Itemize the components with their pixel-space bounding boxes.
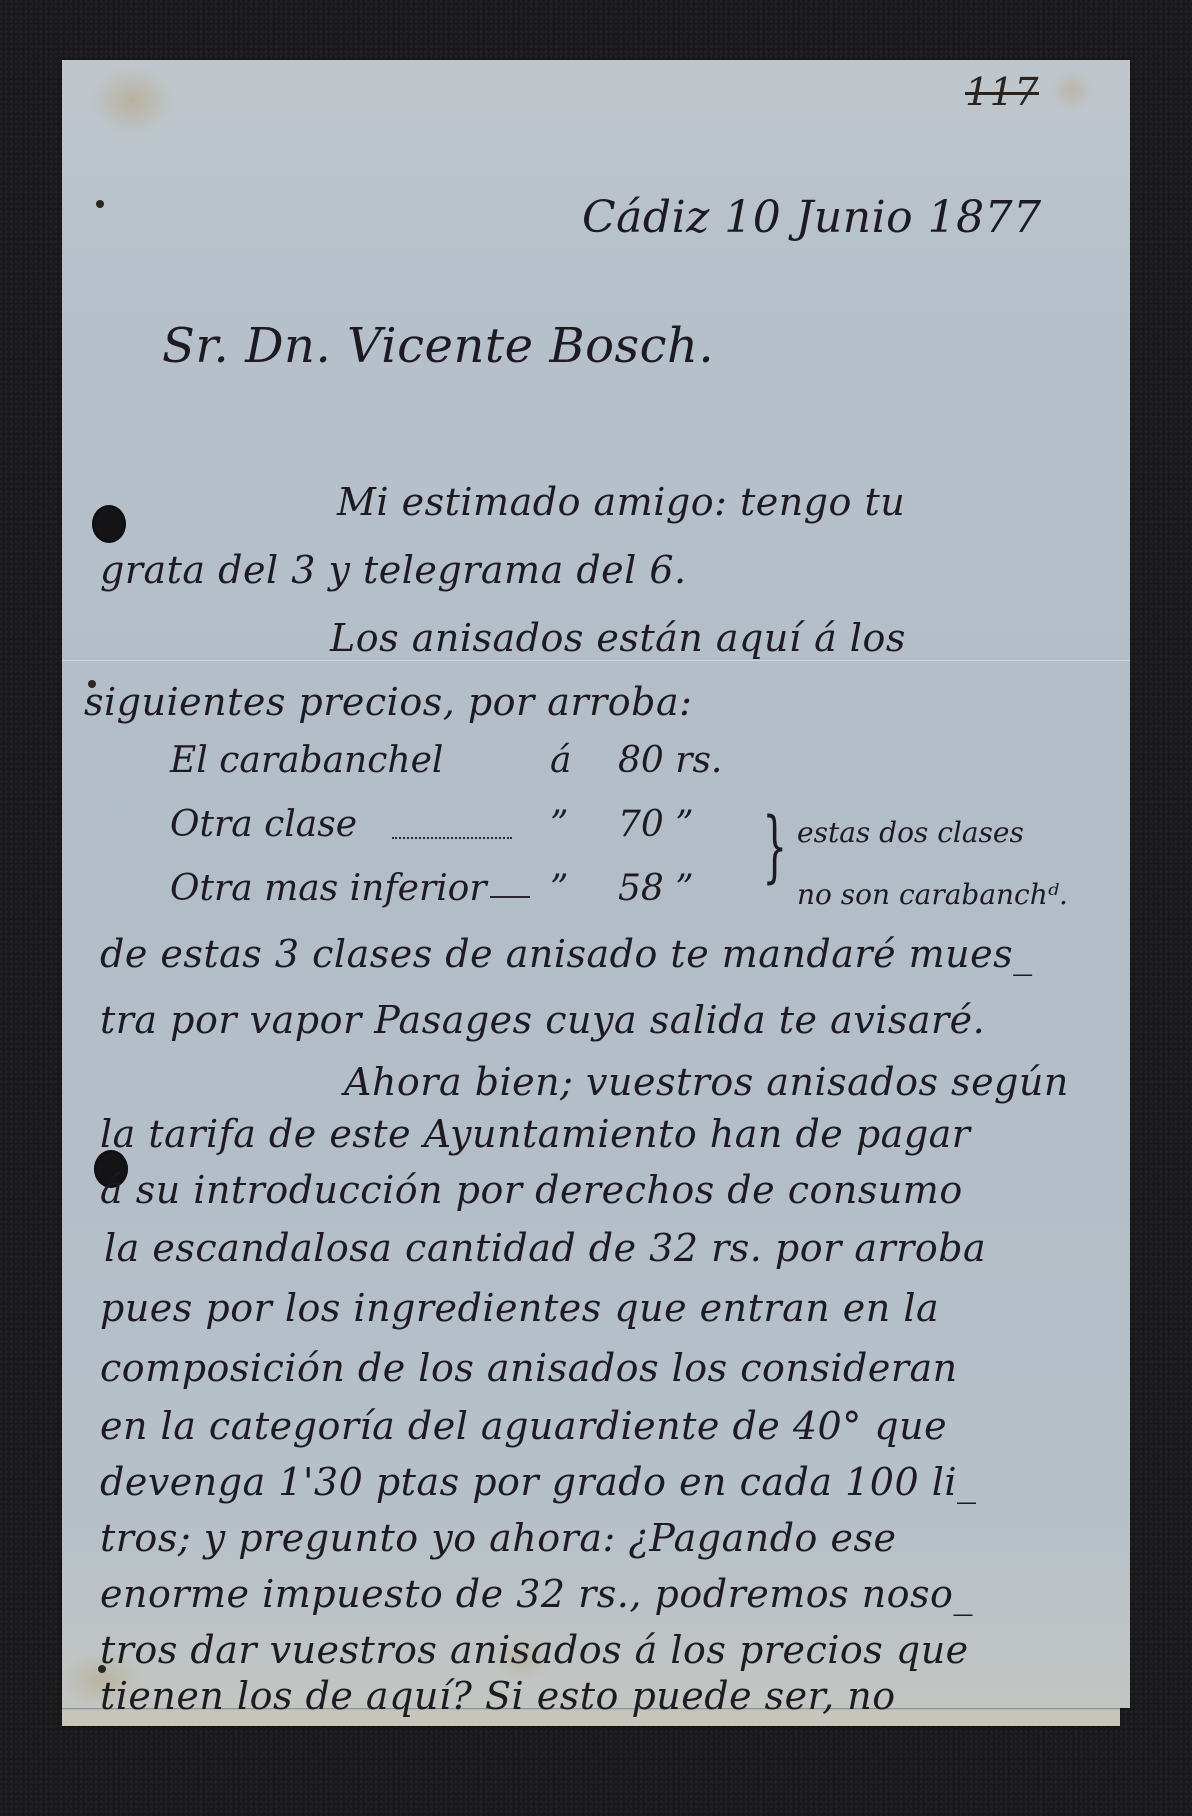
price-value: 80 rs. — [618, 740, 722, 781]
body-line: devenga 1'30 ptas por grado en cada 100 … — [100, 1460, 977, 1504]
price-label: Otra mas inferior — [170, 868, 487, 909]
salutation: Sr. Dn. Vicente Bosch. — [162, 318, 714, 374]
price-ditto: á — [550, 740, 571, 781]
curly-brace: } — [762, 808, 787, 886]
body-line: la escandalosa cantidad de 32 rs. por ar… — [104, 1226, 986, 1270]
body-line: tra por vapor Pasages cuya salida te avi… — [100, 998, 985, 1042]
body-line: Mi estimado amigo: tengo tu — [337, 480, 905, 524]
body-line: Los anisados están aquí á los — [330, 616, 906, 660]
body-line: composición de los anisados los consider… — [100, 1346, 958, 1390]
letter-page: 117 Cádiz 10 Junio 1877 Sr. Dn. Vicente … — [62, 60, 1130, 1708]
tack-mark — [96, 200, 104, 208]
place-date: Cádiz 10 Junio 1877 — [582, 192, 1042, 243]
body-line: grata del 3 y telegrama del 6. — [100, 548, 687, 592]
folio-number: 117 — [965, 70, 1039, 114]
body-line: pues por los ingredientes que entran en … — [100, 1286, 939, 1330]
body-line: tienen los de aquí? Si esto puede ser, n… — [100, 1674, 896, 1718]
body-line: á su introducción por derechos de consum… — [100, 1168, 963, 1212]
dash-leader — [490, 874, 530, 915]
body-line: enorme impuesto de 32 rs., podremos noso… — [100, 1572, 973, 1616]
price-row: Otra clase ” 70 ” — [170, 804, 790, 848]
body-line: siguientes precios, por arroba: — [84, 680, 692, 724]
body-line: tros dar vuestros anisados á los precios… — [100, 1628, 969, 1672]
price-ditto: ” — [550, 804, 568, 845]
price-value: 58 ” — [618, 868, 694, 909]
body-line: Ahora bien; vuestros anisados según — [344, 1060, 1069, 1104]
wavy-leader — [392, 810, 512, 851]
price-note-line: estas dos clases — [797, 816, 1024, 849]
body-line: de estas 3 clases de anisado te mandaré … — [100, 932, 1033, 976]
folio-number-struck: 117 — [965, 70, 1039, 114]
price-note-line: no son carabanchᵈ. — [797, 878, 1068, 911]
body-line: en la categoría del aguardiente de 40° q… — [100, 1404, 947, 1448]
price-value: 70 ” — [618, 804, 694, 845]
price-row: Otra mas inferior ” 58 ” — [170, 868, 790, 912]
body-line: tros; y pregunto yo ahora: ¿Pagando ese — [100, 1516, 896, 1560]
price-label: El carabanchel — [170, 740, 443, 781]
price-row: El carabanchel á 80 rs. — [170, 740, 790, 784]
price-label: Otra clase — [170, 804, 357, 845]
punch-hole-top — [92, 505, 126, 543]
body-line: la tarifa de este Ayuntamiento han de pa… — [100, 1112, 970, 1156]
price-ditto: ” — [550, 868, 568, 909]
